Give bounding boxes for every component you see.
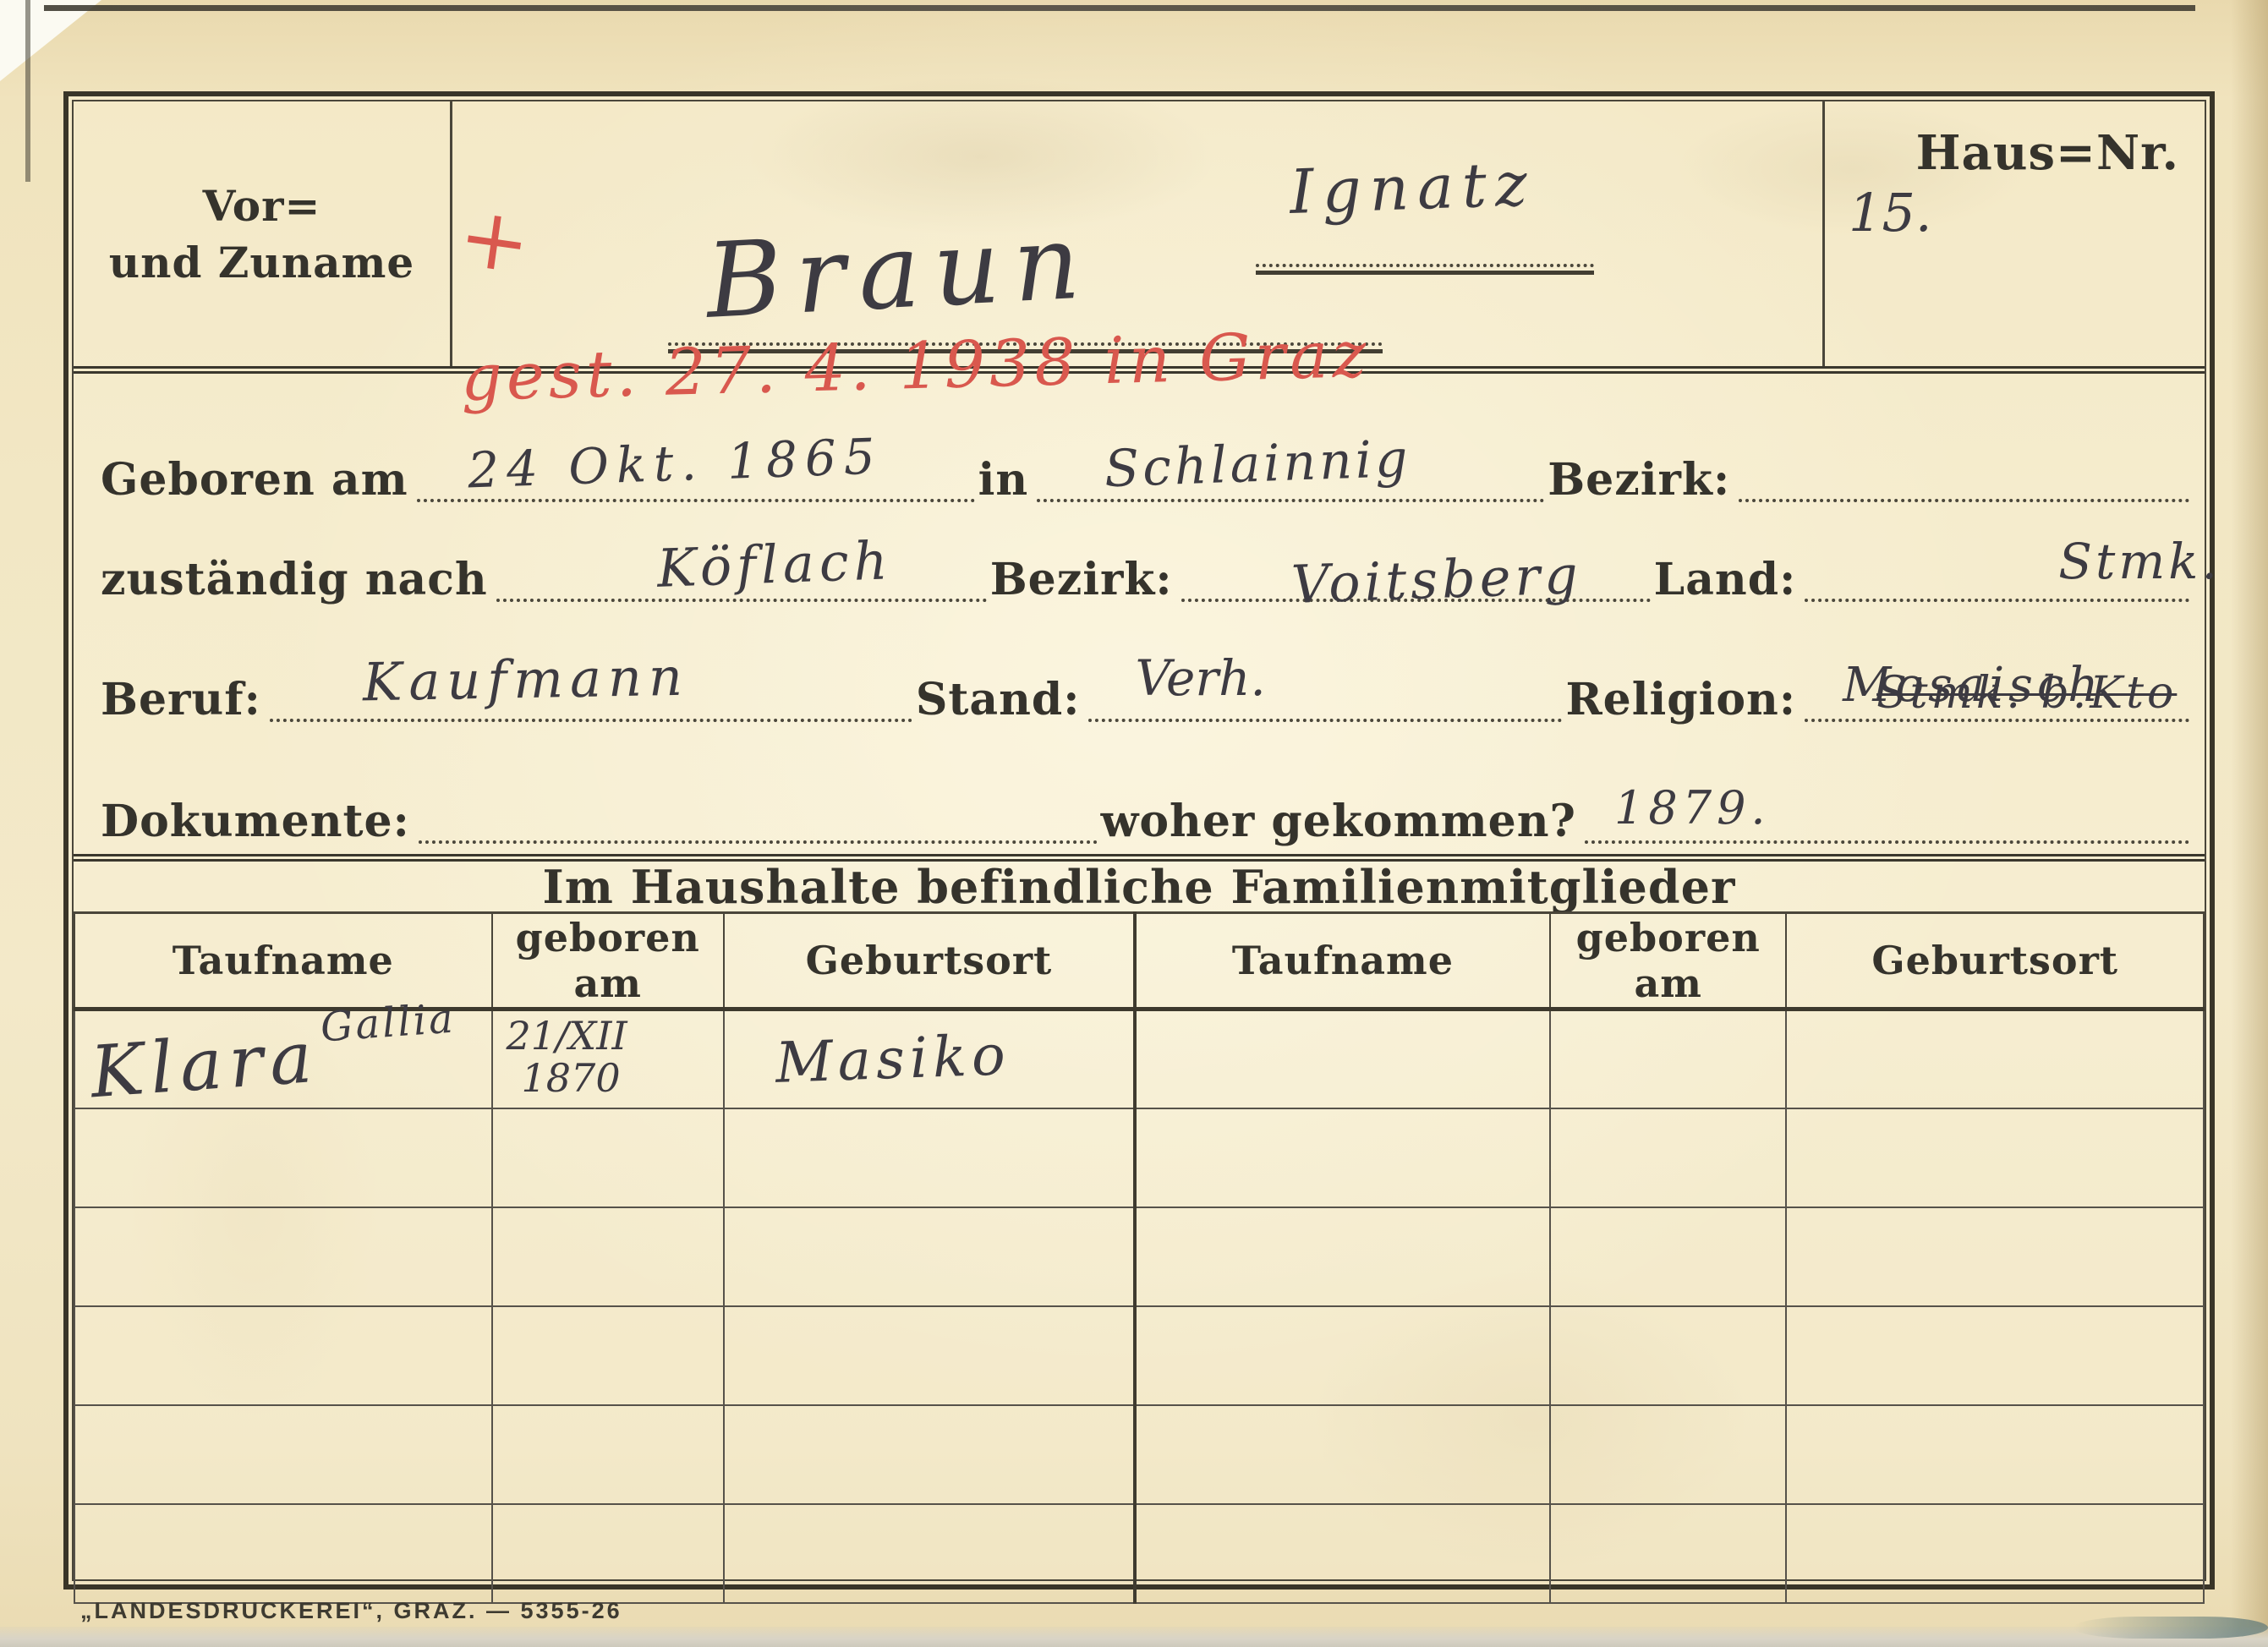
land-value: Stmk. xyxy=(2058,533,2221,590)
geboren-am-line: 24 Okt. 1865 xyxy=(417,431,975,502)
cell-geburtsort-right xyxy=(1786,1010,2204,1108)
personal-data-section: Geboren am 24 Okt. 1865 in Schlainnig Be… xyxy=(74,374,2205,854)
geboren-in-line: Schlainnig xyxy=(1037,431,1544,502)
beruf-value: Kaufmann xyxy=(362,646,689,714)
family-row-empty xyxy=(74,1207,2204,1306)
card-inner-border: Vor= und Zuname + Braun Ignatz gest. 27.… xyxy=(72,100,2206,1581)
registration-card: Vor= und Zuname + Braun Ignatz gest. 27.… xyxy=(63,91,2215,1590)
family-section-title: Im Haushalte befindliche Familienmitglie… xyxy=(543,860,1736,914)
field-row-born: Geboren am 24 Okt. 1865 in Schlainnig Be… xyxy=(97,435,2189,502)
name-label-cell: Vor= und Zuname xyxy=(74,101,452,366)
woher-gekommen-label: woher gekommen? xyxy=(1098,800,1585,844)
zustaendig-nach-label: zuständig nach xyxy=(97,558,496,602)
col-header-geboren-am-right: geboren am xyxy=(1550,913,1786,1010)
religion-line: Stmk. b.Kto Mosaisch xyxy=(1805,651,2189,722)
surname-value: Braun xyxy=(704,201,1097,342)
zustaendig-nach-value: Köflach xyxy=(655,529,893,599)
taufname-note-value: Gallia xyxy=(319,995,457,1052)
name-label-line1: Vor= xyxy=(203,181,321,231)
field-row-beruf: Beruf: Kaufmann Stand: Verh. Religion: S… xyxy=(97,654,2189,722)
printer-mark: „LANDESDRUCKEREI“, GRAZ. — 5355-26 xyxy=(80,1598,622,1624)
paper-edge-shading xyxy=(2231,0,2268,1647)
col-header-geburtsort-right: Geburtsort xyxy=(1786,913,2204,1010)
registration-card-scan: Vor= und Zuname + Braun Ignatz gest. 27.… xyxy=(0,0,2268,1647)
scanner-bottom-corner-shadow xyxy=(2074,1617,2268,1639)
cell-geboren-am: 21/XII 1870 xyxy=(492,1010,724,1108)
religion-value: Mosaisch xyxy=(1843,658,2102,713)
beruf-line: Kaufmann xyxy=(270,651,912,722)
cell-geburtsort: Masiko xyxy=(724,1010,1135,1108)
bezirk1-line xyxy=(1739,431,2189,502)
scanner-corner-artifact xyxy=(0,0,101,81)
col-header-taufname-left: Taufname xyxy=(74,913,492,1010)
field-row-dokumente: Dokumente: woher gekommen? 1879. xyxy=(97,776,2189,844)
family-table: Taufname geboren am Geburtsort Taufname … xyxy=(74,911,2205,1604)
house-nr-cell: Haus=Nr. 15. xyxy=(1822,101,2205,366)
house-nr-value: 15. xyxy=(1849,182,1932,243)
geboren-in-label: in xyxy=(975,458,1038,502)
bezirk2-line: Voitsberg xyxy=(1181,531,1651,602)
woher-gekommen-line: 1879. xyxy=(1585,773,2189,844)
dokumente-line xyxy=(419,773,1098,844)
page-edge-line xyxy=(44,5,2195,11)
stand-value: Verh. xyxy=(1135,649,1265,707)
page-edge-shadow xyxy=(25,0,30,182)
religion-label: Religion: xyxy=(1562,678,1805,722)
family-row-empty xyxy=(74,1108,2204,1207)
firstname-write-line xyxy=(1256,264,1594,276)
family-row-empty xyxy=(74,1504,2204,1603)
cell-geboren-am-right xyxy=(1550,1010,1786,1108)
geboren-am-line1-value: 21/XII xyxy=(507,1013,627,1059)
family-row-empty xyxy=(74,1405,2204,1504)
stand-line: Verh. xyxy=(1088,651,1562,722)
family-row-empty xyxy=(74,1306,2204,1405)
land-line: Stmk. xyxy=(1805,531,2189,602)
col-header-taufname-right: Taufname xyxy=(1135,913,1550,1010)
scanner-bottom-strip xyxy=(0,1627,2268,1647)
family-table-header-row: Taufname geboren am Geburtsort Taufname … xyxy=(74,913,2204,1010)
name-label-line2: und Zuname xyxy=(109,238,414,287)
bezirk2-label: Bezirk: xyxy=(987,558,1181,602)
dokumente-label: Dokumente: xyxy=(97,800,419,844)
geburtsort-value: Masiko xyxy=(775,1022,1011,1096)
zustaendig-nach-line: Köflach xyxy=(496,531,987,602)
taufname-value: Klara xyxy=(88,1015,321,1114)
family-row-1: Gallia Klara 21/XII 1870 Masiko xyxy=(74,1010,2204,1108)
geboren-am-label: Geboren am xyxy=(97,458,417,502)
woher-gekommen-value: 1879. xyxy=(1614,781,1771,834)
bezirk2-value: Voitsberg xyxy=(1290,544,1582,616)
field-row-zustaendig: zuständig nach Köflach Bezirk: Voitsberg… xyxy=(97,534,2189,602)
beruf-label: Beruf: xyxy=(97,678,270,722)
land-label: Land: xyxy=(1651,558,1805,602)
geboren-am-value: 24 Okt. 1865 xyxy=(467,427,884,499)
bezirk1-label: Bezirk: xyxy=(1544,458,1739,502)
cell-taufname-right xyxy=(1135,1010,1550,1108)
name-row: Vor= und Zuname + Braun Ignatz gest. 27.… xyxy=(74,101,2205,374)
house-nr-label: Haus=Nr. xyxy=(1916,125,2179,181)
name-field-cell: + Braun Ignatz gest. 27. 4. 1938 in Graz xyxy=(452,101,1822,366)
firstname-value: Ignatz xyxy=(1289,148,1537,227)
cell-taufname: Gallia Klara xyxy=(74,1010,492,1108)
death-cross-mark: + xyxy=(452,186,536,294)
col-header-geburtsort-left: Geburtsort xyxy=(724,913,1135,1010)
geboren-am-line2-value: 1870 xyxy=(522,1055,621,1101)
family-section-title-band: Im Haushalte befindliche Familienmitglie… xyxy=(74,854,2205,911)
stand-label: Stand: xyxy=(912,678,1089,722)
geboren-in-value: Schlainnig xyxy=(1104,430,1412,500)
col-header-geboren-am-left: geboren am xyxy=(492,913,724,1010)
